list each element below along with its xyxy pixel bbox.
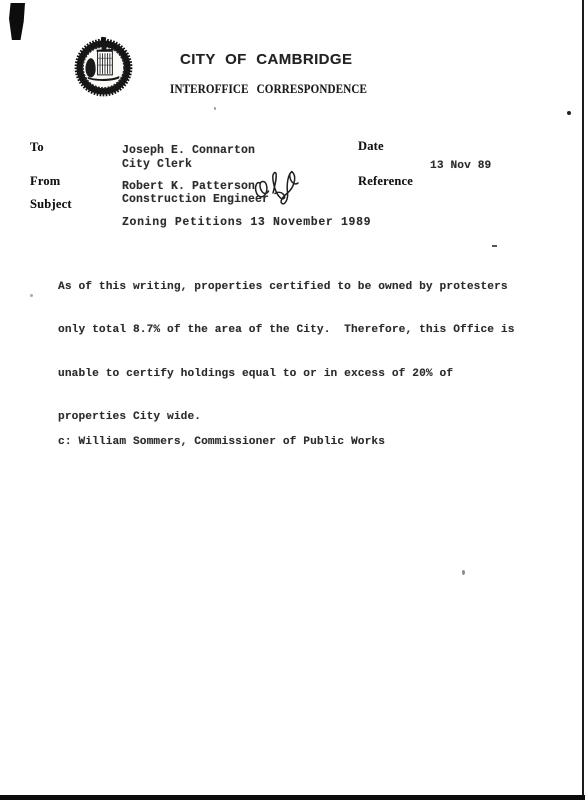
body-line: unable to certify holdings equal to or i… — [58, 367, 515, 381]
scan-speck — [567, 111, 571, 115]
subject-label: Subject — [30, 197, 72, 212]
org-title: CITY OF CAMBRIDGE — [180, 51, 352, 68]
to-name: Joseph E. Connarton — [122, 144, 255, 157]
city-seal-icon — [74, 36, 133, 99]
signature-scribble-icon — [253, 170, 305, 208]
memo-page: CITY OF CAMBRIDGE INTEROFFICE CORRESPOND… — [0, 0, 585, 800]
scan-artifact-right-edge — [582, 0, 584, 800]
reference-label: Reference — [358, 174, 413, 189]
body-line: only total 8.7% of the area of the City.… — [58, 323, 515, 337]
body-line: As of this writing, properties certified… — [58, 280, 515, 294]
scan-artifact-top-left — [9, 3, 25, 40]
date-label: Date — [358, 139, 384, 154]
from-title: Construction Engineer — [122, 193, 269, 206]
cc-line: c: William Sommers, Commissioner of Publ… — [58, 436, 385, 448]
to-title: City Clerk — [122, 158, 192, 171]
body-line: properties City wide. — [58, 410, 515, 424]
from-label: From — [30, 174, 60, 189]
body-paragraph: As of this writing, properties certified… — [58, 251, 515, 453]
scan-speck — [462, 570, 465, 575]
date-value: 13 Nov 89 — [430, 160, 491, 172]
scan-speck — [30, 294, 33, 297]
doc-type-title: INTEROFFICE CORRESPONDENCE — [170, 81, 367, 97]
subject-value: Zoning Petitions 13 November 1989 — [122, 216, 371, 229]
scan-artifact-bottom-edge — [0, 795, 585, 800]
to-label: To — [30, 140, 44, 155]
from-name: Robert K. Patterson — [122, 180, 255, 193]
scan-speck — [492, 245, 497, 247]
scan-speck — [214, 107, 216, 110]
